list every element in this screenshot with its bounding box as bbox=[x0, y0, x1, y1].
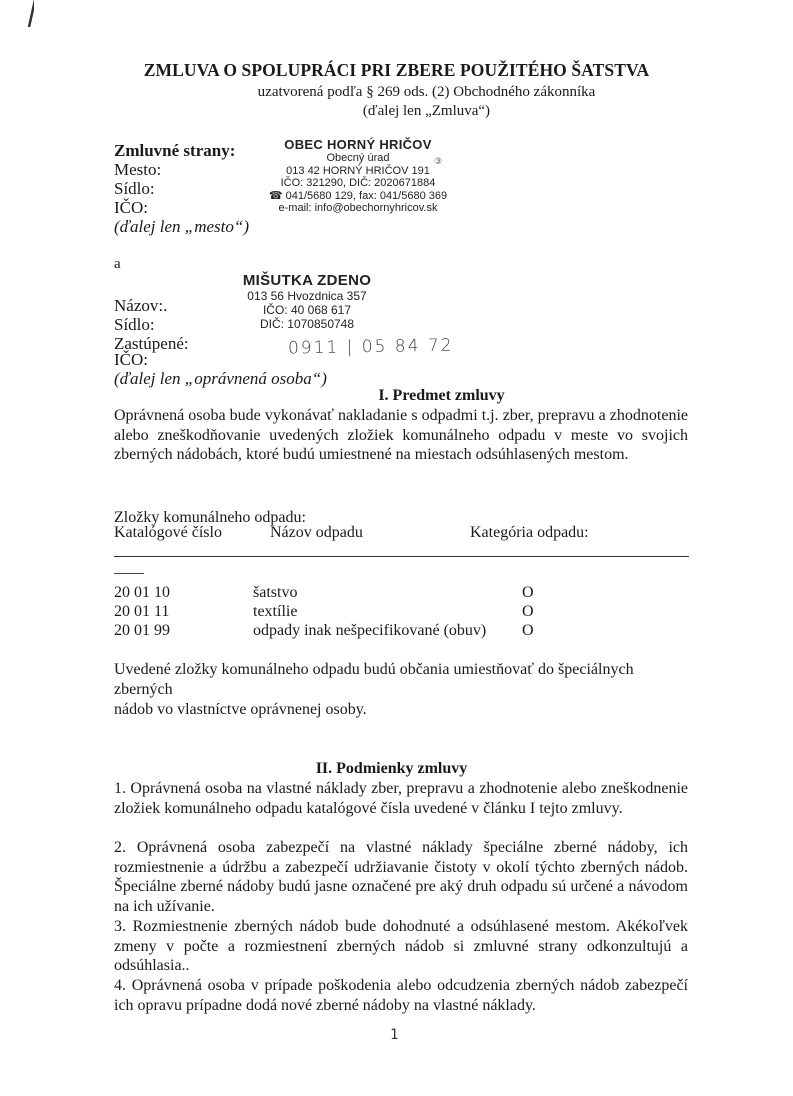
section2-item-4: 4. Oprávnená osoba v prípade poškodenia … bbox=[114, 976, 688, 1015]
handwritten-phone: 0911 | 05 84 72 bbox=[288, 336, 454, 359]
parties-heading: Zmluvné strany: bbox=[114, 141, 235, 160]
parties-connector: a bbox=[114, 255, 121, 274]
table-header-name: Názov odpadu bbox=[270, 524, 363, 542]
document-subtitle: uzatvorená podľa § 269 ods. (2) Obchodné… bbox=[30, 84, 793, 101]
city-stamp-email: e-mail: info@obechornyhricov.sk bbox=[258, 202, 458, 215]
provider-alias: (ďalej len „oprávnená osoba“) bbox=[114, 369, 327, 388]
provider-stamp-ico: IČO: 40 068 617 bbox=[222, 303, 392, 317]
provider-stamp-dic: DIČ: 1070850748 bbox=[222, 317, 392, 331]
after-table-line1: Uvedené zložky komunálneho odpadu budú o… bbox=[114, 660, 688, 680]
city-label-mesto: Mesto: bbox=[114, 160, 161, 179]
provider-label-nazov: Názov:. bbox=[114, 296, 167, 315]
row2-code: 20 01 11 bbox=[114, 603, 169, 621]
after-table-line3: nádob vo vlastníctve oprávnenej osoby. bbox=[114, 700, 688, 720]
row1-name: šatstvo bbox=[253, 584, 297, 602]
row2-category: O bbox=[522, 603, 534, 621]
row1-code: 20 01 10 bbox=[114, 584, 170, 602]
section2-item-2: 2. Oprávnená osoba zabezpečí na vlastné … bbox=[114, 838, 688, 916]
row3-code: 20 01 99 bbox=[114, 622, 170, 640]
section2-heading: II. Podmienky zmluvy bbox=[0, 760, 788, 778]
provider-label-ico: IČO: bbox=[114, 350, 148, 369]
section2-item-1: 1. Oprávnená osoba na vlastné náklady zb… bbox=[114, 779, 688, 818]
table-divider-short bbox=[114, 573, 144, 574]
stamp-number-icon: ③ bbox=[434, 157, 442, 167]
provider-stamp: MIŠUTKA ZDENO 013 56 Hvozdnica 357 IČO: … bbox=[222, 272, 392, 331]
table-divider bbox=[114, 556, 689, 557]
city-stamp-address: 013 42 HORNÝ HRIČOV 191 bbox=[258, 165, 458, 178]
city-stamp-ids: IČO: 321290, DIČ: 2020671884 bbox=[258, 177, 458, 190]
page-number: 1 bbox=[390, 1027, 398, 1043]
section1-paragraph: Oprávnená osoba bude vykonávať nakladani… bbox=[114, 406, 688, 465]
provider-stamp-title: MIŠUTKA ZDENO bbox=[222, 272, 392, 289]
table-header-catalog: Katalógové číslo bbox=[114, 524, 222, 542]
city-stamp-phone: ☎ 041/5680 129, fax: 041/5680 369 bbox=[258, 190, 458, 203]
section1-heading: I. Predmet zmluvy bbox=[45, 387, 793, 405]
after-table-line2: zberných bbox=[114, 680, 688, 700]
provider-label-sidlo: Sídlo: bbox=[114, 315, 155, 334]
row3-name: odpady inak nešpecifikované (obuv) bbox=[253, 622, 486, 640]
row3-category: O bbox=[522, 622, 534, 640]
provider-stamp-address: 013 56 Hvozdnica 357 bbox=[222, 289, 392, 303]
city-label-ico: IČO: bbox=[114, 198, 148, 217]
city-stamp: OBEC HORNÝ HRIČOV Obecný úrad 013 42 HOR… bbox=[258, 137, 458, 215]
city-stamp-office: Obecný úrad bbox=[258, 152, 458, 165]
section2-item-3: 3. Rozmiestnenie zberných nádob bude doh… bbox=[114, 917, 688, 976]
row2-name: textílie bbox=[253, 603, 297, 621]
table-header-category: Kategória odpadu: bbox=[470, 524, 589, 542]
city-label-sidlo: Sídlo: bbox=[114, 179, 155, 198]
city-stamp-title: OBEC HORNÝ HRIČOV bbox=[258, 137, 458, 152]
city-alias: (ďalej len „mesto“) bbox=[114, 217, 249, 236]
row1-category: O bbox=[522, 584, 534, 602]
document-alias: (ďalej len „Zmluva“) bbox=[30, 103, 793, 120]
pen-mark-icon bbox=[4, 0, 34, 30]
document-title: ZMLUVA O SPOLUPRÁCI PRI ZBERE POUŽITÉHO … bbox=[0, 60, 793, 81]
